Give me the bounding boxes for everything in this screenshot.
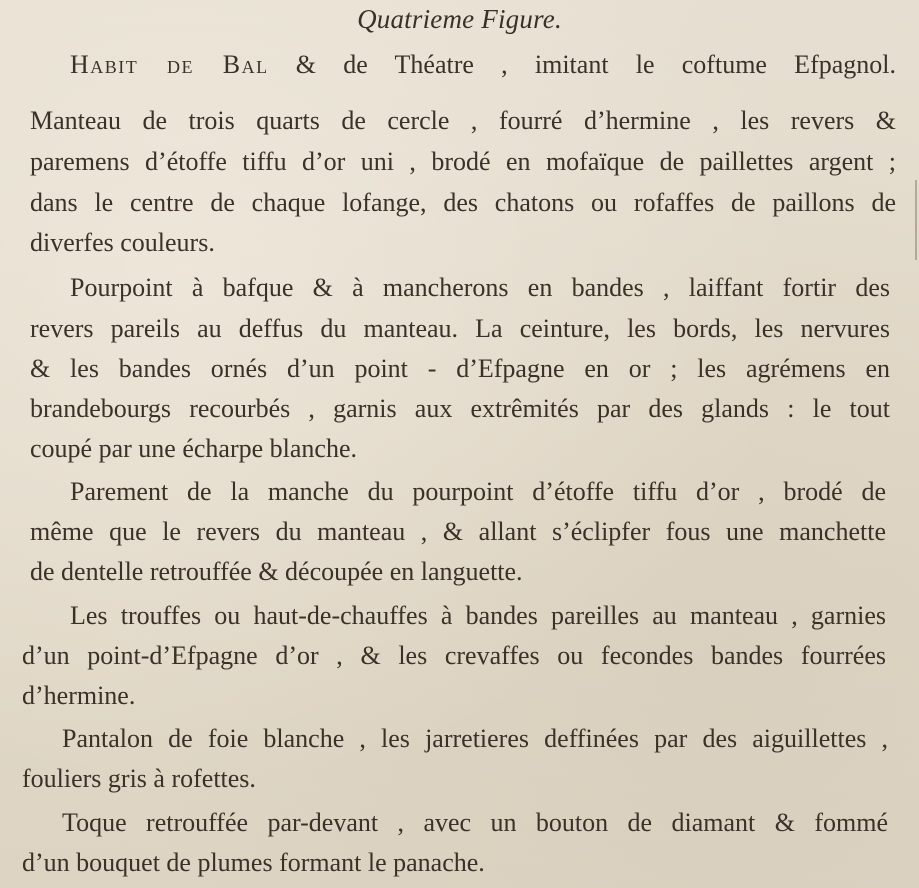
paragraph-6-line-1: Toque retrouffée par-devant , avec un bo…: [62, 807, 888, 839]
paragraph-5-line-1: Pantalon de foie blanche , les jarretier…: [62, 723, 888, 755]
paragraph-3-line-3: de dentelle retrouffée & découpée en lan…: [30, 556, 523, 588]
paragraph-4-line-2: d’un point-d’Efpagne d’or , & les crevaf…: [22, 640, 886, 672]
paragraph-2-line-4: brandebourgs recourbés , garnis aux extr…: [30, 393, 890, 425]
page-edge-mark: [915, 180, 917, 260]
document-page: Quatrieme Figure. Habit de Bal & de Théa…: [0, 0, 919, 888]
paragraph-1-line-1: Habit de Bal & de Théatre , imitant le c…: [70, 49, 896, 81]
page-title: Quatrieme Figure.: [0, 4, 919, 35]
paragraph-3-line-2: même que le revers du manteau , & allant…: [30, 516, 886, 548]
paragraph-4-line-1: Les trouffes ou haut-de-chauffes à bande…: [70, 600, 886, 632]
heading-smallcaps: Habit de Bal: [70, 50, 269, 79]
paragraph-2-line-2: revers pareils au deffus du manteau. La …: [30, 313, 890, 345]
paragraph-1-line-2: Manteau de trois quarts de cercle , four…: [30, 105, 896, 137]
paragraph-5-line-2: fouliers gris à rofettes.: [22, 763, 256, 795]
paragraph-6-line-2: d’un bouquet de plumes formant le panach…: [22, 847, 485, 879]
paragraph-4-line-3: d’hermine.: [22, 680, 135, 712]
paragraph-2-line-5: coupé par une écharpe blanche.: [30, 433, 357, 465]
paragraph-1-line-3: paremens d’étoffe tiffu d’or uni , brodé…: [30, 146, 896, 178]
paragraph-3-line-1: Parement de la manche du pourpoint d’éto…: [70, 476, 886, 508]
paragraph-2-line-1: Pourpoint à bafque & à mancherons en ban…: [70, 272, 890, 304]
paragraph-1-line-5: diverfes couleurs.: [30, 227, 215, 259]
paragraph-1-line-4: dans le centre de chaque lofange, des ch…: [30, 187, 896, 219]
paragraph-2-line-3: & les bandes ornés d’un point - d’Efpagn…: [30, 353, 890, 385]
